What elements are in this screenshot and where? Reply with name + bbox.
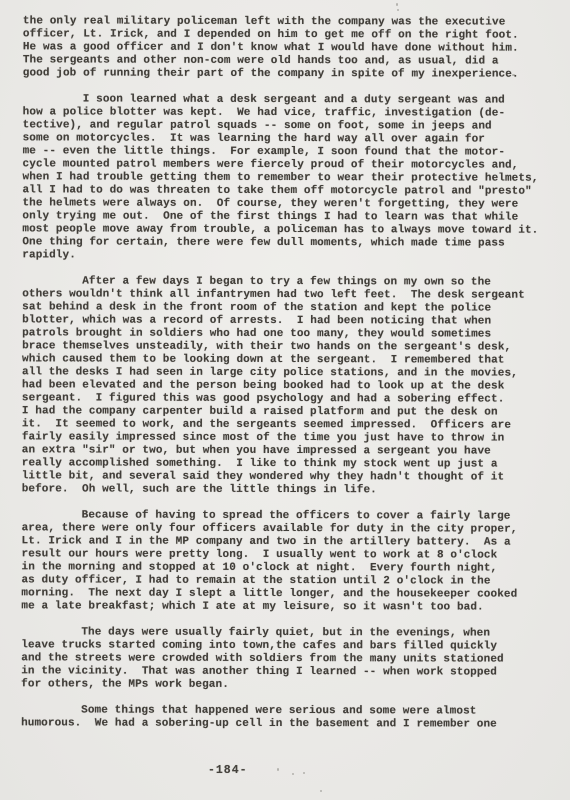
scan-artifact bbox=[292, 773, 294, 775]
text-line: before. Oh well, such are the little thi… bbox=[22, 483, 552, 497]
scan-artifact bbox=[512, 74, 515, 76]
paragraph: Because of having to spread the officers… bbox=[21, 509, 551, 614]
scan-artifact bbox=[277, 768, 279, 771]
paragraph: I soon learned what a desk sergeant and … bbox=[22, 93, 552, 263]
scan-artifact bbox=[473, 642, 476, 645]
page-number: -184- bbox=[208, 764, 248, 777]
scan-artifact bbox=[320, 790, 322, 792]
scan-artifact bbox=[396, 3, 398, 6]
scan-artifact bbox=[303, 772, 305, 774]
page-text: the only real military policeman left wi… bbox=[21, 15, 553, 731]
scan-artifact bbox=[397, 9, 399, 11]
paragraph: Some things that happened were serious a… bbox=[21, 704, 551, 731]
text-line: me a late breakfast; which I ate at my l… bbox=[21, 600, 551, 614]
text-line: for others, the MPs work began. bbox=[21, 678, 551, 692]
paragraph: The days were usually fairly quiet, but … bbox=[21, 626, 551, 692]
text-line: rapidly. bbox=[22, 249, 552, 263]
paragraph: After a few days I began to try a few th… bbox=[22, 275, 553, 497]
text-line: One thing for certain, there were few du… bbox=[22, 236, 552, 250]
text-line: good job of running their part of the co… bbox=[23, 67, 553, 81]
scanned-page: the only real military policeman left wi… bbox=[0, 0, 570, 800]
text-line: humorous. We had a sobering-up cell in t… bbox=[21, 717, 551, 731]
paragraph: the only real military policeman left wi… bbox=[23, 15, 553, 81]
